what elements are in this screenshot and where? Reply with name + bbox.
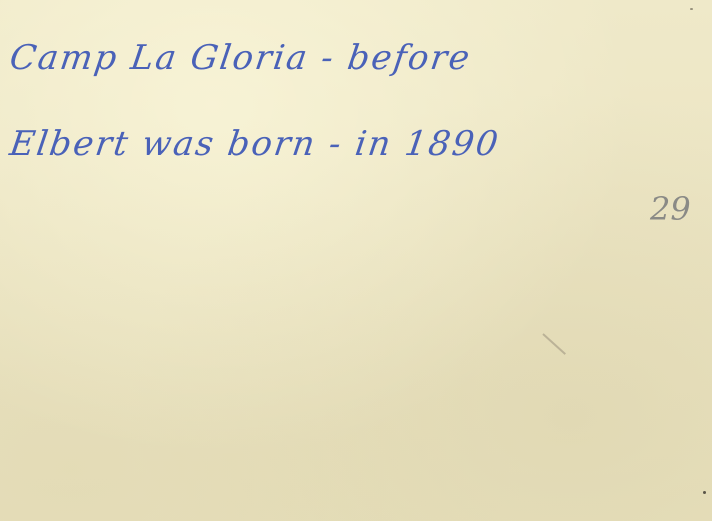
aged-paper: Camp La Gloria - before Elbert was born … (0, 0, 712, 521)
paper-mark (542, 333, 566, 355)
pencil-annotation: 29 (650, 190, 691, 228)
handwritten-line-2: Elbert was born - in 1890 (7, 124, 502, 164)
paper-speck (703, 491, 706, 494)
paper-speck (690, 8, 693, 10)
handwritten-line-1: Camp La Gloria - before (7, 38, 474, 78)
